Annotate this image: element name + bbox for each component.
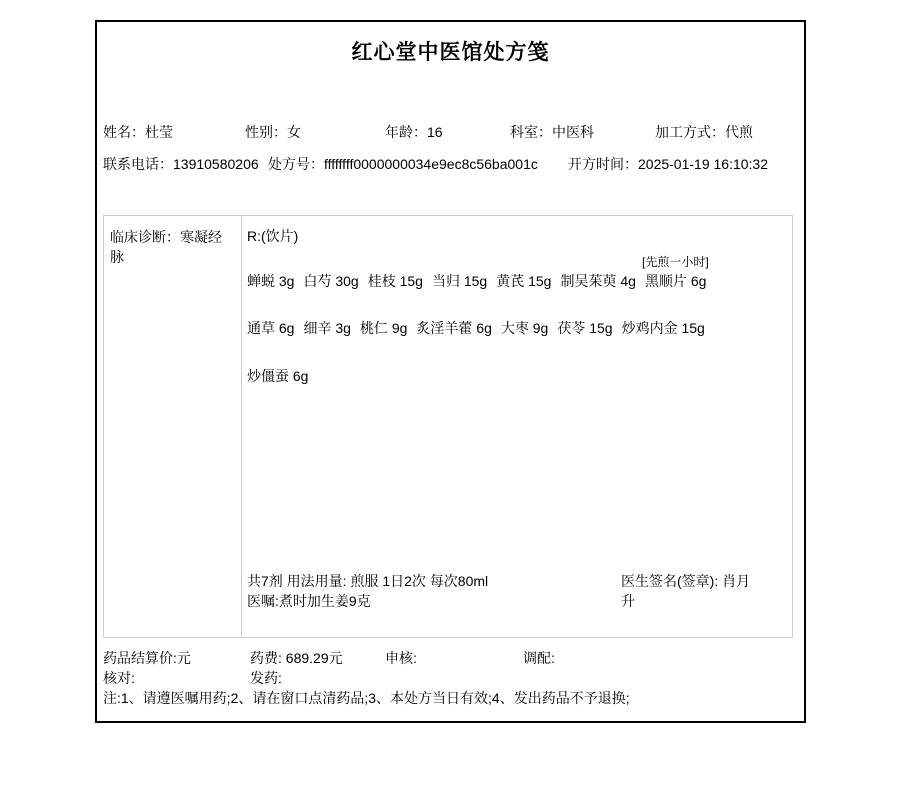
- review-label: 申核:: [385, 650, 417, 666]
- issue-time-field: 开方时间：2025-01-19 16:10:32: [568, 154, 768, 174]
- check-field: 核对:: [103, 668, 135, 688]
- review-field: 申核:: [385, 648, 417, 668]
- patient-age-field: 年龄：16: [385, 122, 443, 142]
- settlement-price-label: 药品结算价:: [103, 650, 177, 666]
- dispense-label: 发药:: [250, 670, 282, 686]
- patient-age-value: 16: [427, 124, 443, 140]
- rx-number-label: 处方号：: [268, 156, 324, 172]
- medicine-fee-value: 689.29元: [286, 650, 343, 666]
- herb-item: 桂枝 15g: [368, 273, 423, 289]
- diagnosis-label: 临床诊断：: [110, 229, 180, 245]
- herb-item: 细辛 3g: [303, 320, 350, 336]
- patient-name-value: 杜莹: [145, 124, 173, 140]
- check-label: 核对:: [103, 670, 135, 686]
- herb-item: 桃仁 9g: [360, 320, 407, 336]
- phone-field: 联系电话：13910580206: [103, 154, 259, 174]
- doctor-signature-label: 医生签名(签章):: [621, 573, 722, 589]
- settlement-price-field: 药品结算价:元: [103, 648, 191, 668]
- issue-time-value: 2025-01-19 16:10:32: [638, 156, 768, 172]
- phone-label: 联系电话：: [103, 156, 173, 172]
- herb-item: 通草 6g: [247, 320, 294, 336]
- herb-item: 黑顺片 6g: [645, 273, 706, 289]
- herb-item: 炒鸡内金 15g: [622, 320, 705, 336]
- herb-item: 白芍 30g: [303, 273, 358, 289]
- prescription-body-box: 临床诊断：寒凝经脉 R:(饮片) [先煎一小时] 蝉蜕 3g白芍 30g桂枝 1…: [103, 215, 793, 638]
- processing-method-value: 代煎: [725, 124, 753, 140]
- rx-column: R:(饮片) [先煎一小时] 蝉蜕 3g白芍 30g桂枝 15g当归 15g黄芪…: [242, 216, 792, 637]
- herb-item: 蝉蜕 3g: [247, 273, 294, 289]
- herb-item: 大枣 9g: [501, 320, 548, 336]
- department-value: 中医科: [552, 124, 594, 140]
- processing-method-label: 加工方式：: [655, 124, 725, 140]
- patient-gender-value: 女: [287, 124, 301, 140]
- dispense-field: 发药:: [250, 668, 282, 688]
- herb-item: 炙淫羊藿 6g: [416, 320, 491, 336]
- herb-item: 茯苓 15g: [557, 320, 612, 336]
- decoction-note: [先煎一小时]: [642, 253, 709, 270]
- page-title: 红心堂中医馆处方笺: [97, 36, 804, 66]
- herb-item: 当归 15g: [432, 273, 487, 289]
- rx-header: R:(饮片): [247, 226, 298, 246]
- diagnosis-column: 临床诊断：寒凝经脉: [104, 216, 242, 637]
- patient-name-field: 姓名：杜莹: [103, 122, 173, 142]
- herb-item: 黄芪 15g: [496, 273, 551, 289]
- herb-item: 炒僵蚕 6g: [247, 368, 308, 384]
- department-field: 科室：中医科: [510, 122, 594, 142]
- doctor-advice: 医嘱:煮时加生姜9克: [247, 591, 371, 611]
- herb-line: 炒僵蚕 6g: [247, 366, 308, 386]
- patient-name-label: 姓名：: [103, 124, 145, 140]
- phone-value: 13910580206: [173, 156, 259, 172]
- doctor-signature-field: 医生签名(签章): 肖月升: [621, 571, 763, 611]
- settlement-price-value: 元: [177, 650, 191, 666]
- medicine-fee-label: 药费:: [250, 650, 286, 666]
- patient-gender-label: 性别：: [245, 124, 287, 140]
- patient-gender-field: 性别：女: [245, 122, 301, 142]
- department-label: 科室：: [510, 124, 552, 140]
- usage-instructions: 共7剂 用法用量: 煎服 1日2次 每次80ml: [247, 571, 488, 591]
- herb-line: 蝉蜕 3g白芍 30g桂枝 15g当归 15g黄芪 15g制吴茱萸 4g黑顺片 …: [247, 271, 706, 291]
- patient-age-label: 年龄：: [385, 124, 427, 140]
- prescription-sheet: 红心堂中医馆处方笺 姓名：杜莹 性别：女 年龄：16 科室：中医科 加工方式：代…: [95, 20, 806, 723]
- dispense-prep-field: 调配:: [523, 648, 555, 668]
- rx-number-value: ffffffff0000000034e9ec8c56ba001c: [324, 156, 538, 172]
- rx-number-field: 处方号：ffffffff0000000034e9ec8c56ba001c: [268, 154, 538, 174]
- herb-line: 通草 6g细辛 3g桃仁 9g炙淫羊藿 6g大枣 9g茯苓 15g炒鸡内金 15…: [247, 318, 705, 338]
- herb-item: 制吴茱萸 4g: [560, 273, 635, 289]
- medicine-fee-field: 药费: 689.29元: [250, 648, 343, 668]
- issue-time-label: 开方时间：: [568, 156, 638, 172]
- footer-note: 注:1、请遵医嘱用药;2、请在窗口点清药品;3、本处方当日有效;4、发出药品不予…: [103, 688, 630, 708]
- processing-method-field: 加工方式：代煎: [655, 122, 753, 142]
- dispense-prep-label: 调配:: [523, 650, 555, 666]
